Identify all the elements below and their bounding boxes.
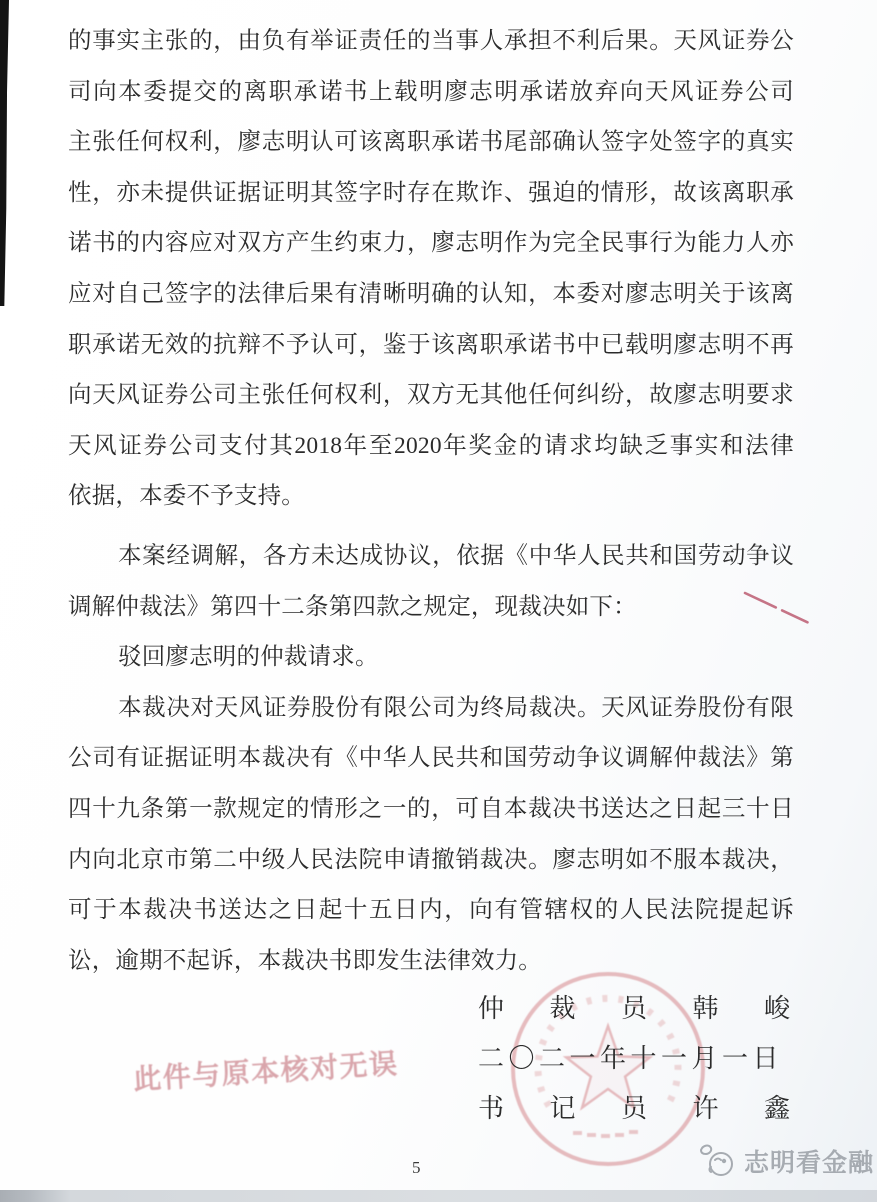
clerk-line: 书 记 员 许 鑫 — [478, 1084, 790, 1134]
body-line: 职承诺无效的抗辩不予认可，鉴于该离职承诺书中已载明廖志明不再 — [68, 320, 794, 371]
body-line: 内向北京市第二中级人民法院申请撤销裁决。廖志明如不服本裁决， — [68, 835, 794, 886]
verification-stamp-text: 此件与原本核对无误 — [132, 1042, 394, 1098]
body-line: 可于本裁决书送达之日起十五日内，向有管辖权的人民法院提起诉 — [68, 885, 794, 936]
body-line: 主张任何权利，廖志明认可该离职承诺书尾部确认签字处签字的真实 — [68, 117, 794, 168]
watermark: 志明看金融 — [697, 1140, 874, 1182]
page-number: 5 — [412, 1158, 421, 1178]
scan-artifact-bottom-band — [0, 1190, 877, 1202]
body-line: 性，亦未提供证据证明其签字时存在欺诈、强迫的情形，故该离职承 — [68, 168, 794, 219]
body-line: 的事实主张的，由负有举证责任的当事人承担不利后果。天风证券公 — [68, 16, 794, 67]
body-line: 诺书的内容应对双方产生约束力，廖志明作为完全民事行为能力人亦 — [68, 218, 794, 269]
body-line: 依据，本委不予支持。 — [68, 471, 794, 522]
body-line: 司向本委提交的离职承诺书上载明廖志明承诺放弃向天风证券公司 — [68, 67, 794, 118]
scan-artifact-left-bar — [0, 0, 9, 306]
watermark-text: 志明看金融 — [744, 1143, 874, 1179]
body-line: 讼，逾期不起诉，本裁决书即发生法律效力。 — [68, 936, 794, 987]
body-line: 四十九条第一款规定的情形之一的，可自本裁决书送达之日起三十日 — [68, 784, 794, 835]
body-text: 的事实主张的，由负有举证责任的当事人承担不利后果。天风证券公司向本委提交的离职承… — [68, 16, 794, 986]
body-line: 天风证券公司支付其2018年至2020年奖金的请求均缺乏事实和法律 — [68, 421, 794, 472]
body-line: 调解仲裁法》第四十二条第四款之规定，现裁决如下： — [68, 582, 794, 633]
signature-block: 仲 裁 员 韩 峻 二〇二一年十一月一日 书 记 员 许 鑫 — [478, 984, 790, 1134]
body-line: 公司有证据证明本裁决有《中华人民共和国劳动争议调解仲裁法》第 — [68, 733, 794, 784]
document-page: 的事实主张的，由负有举证责任的当事人承担不利后果。天风证券公司向本委提交的离职承… — [0, 0, 877, 1202]
body-line: 驳回廖志明的仲裁请求。 — [68, 632, 794, 683]
penguin-logo-icon — [697, 1140, 739, 1182]
body-line: 向天风证券公司主张任何权利，双方无其他任何纠纷，故廖志明要求 — [68, 370, 794, 421]
body-line: 本案经调解，各方未达成协议，依据《中华人民共和国劳动争议 — [68, 531, 794, 582]
date-line: 二〇二一年十一月一日 — [478, 1034, 790, 1084]
arbitrator-line: 仲 裁 员 韩 峻 — [478, 984, 790, 1034]
body-line: 应对自己签字的法律后果有清晰明确的认知，本委对廖志明关于该离 — [68, 269, 794, 320]
body-line: 本裁决对天风证券股份有限公司为终局裁决。天风证券股份有限 — [68, 683, 794, 734]
